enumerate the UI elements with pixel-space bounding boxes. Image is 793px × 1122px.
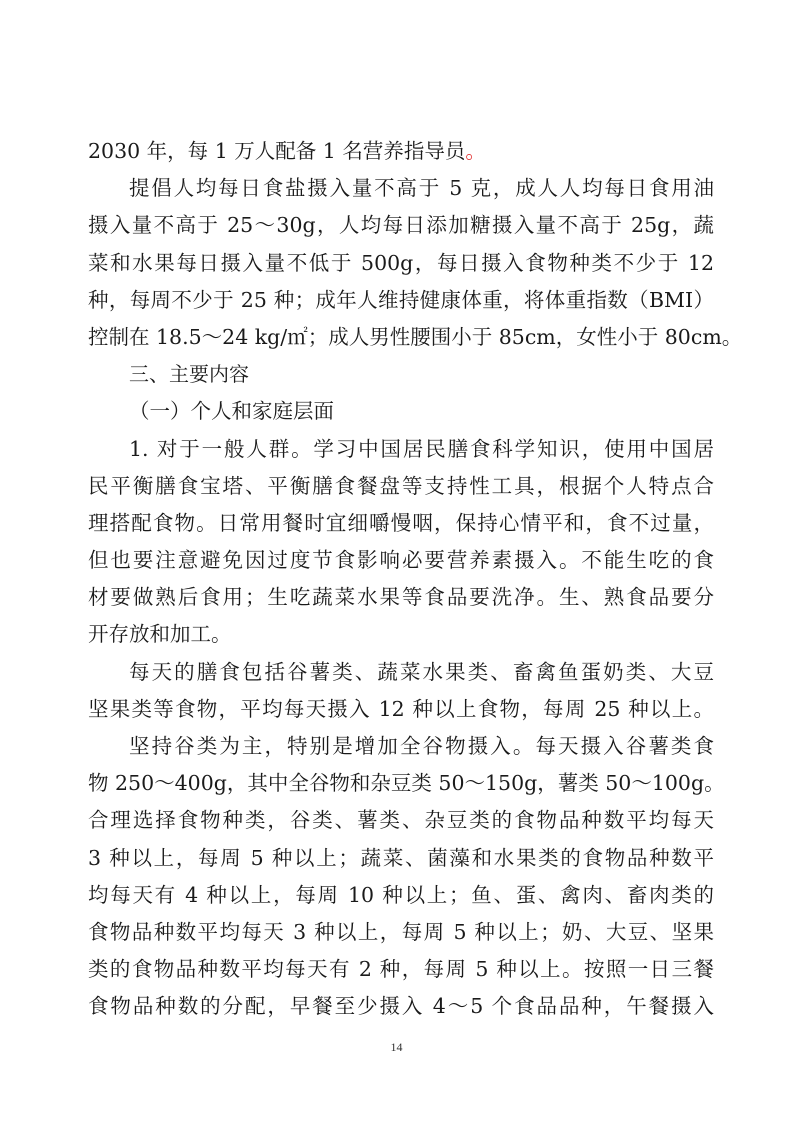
subsection-heading: （一）个人和家庭层面 (88, 393, 714, 430)
text-line: 均每天有 4 种以上，每周 10 种以上；鱼、蛋、禽肉、畜肉类的 (88, 877, 714, 914)
section-heading: 三、主要内容 (88, 356, 714, 393)
text-line: 材要做熟后食用；生吃蔬菜水果等食品要洗净。生、熟食品要分 (88, 579, 714, 616)
text-line: 摄入量不高于 25～30g，人均每日添加糖摄入量不高于 25g，蔬 (88, 207, 714, 244)
text-line: 食物品种数平均每天 3 种以上，每周 5 种以上；奶、大豆、坚果 (88, 914, 714, 951)
text-line: 坚持谷类为主，特别是增加全谷物摄入。每天摄入谷薯类食 (88, 728, 714, 765)
text-line: 每天的膳食包括谷薯类、蔬菜水果类、畜禽鱼蛋奶类、大豆 (88, 654, 714, 691)
text-line: 提倡人均每日食盐摄入量不高于 5 克，成人人均每日食用油 (88, 170, 714, 207)
text-line: 食物品种数的分配，早餐至少摄入 4～5 个食品品种，午餐摄入 (88, 988, 714, 1025)
page-number: 14 (0, 1040, 793, 1055)
text-line: 理搭配食物。日常用餐时宜细嚼慢咽，保持心情平和，食不过量， (88, 505, 714, 542)
text-line: 坚果类等食物，平均每天摄入 12 种以上食物，每周 25 种以上。 (88, 691, 714, 728)
text-line: 种，每周不少于 25 种；成年人维持健康体重，将体重指数（BMI） (88, 282, 714, 319)
document-page: 2030 年，每 1 万人配备 1 名营养指导员。 提倡人均每日食盐摄入量不高于… (0, 0, 793, 1122)
text-line: 1. 对于一般人群。学习中国居民膳食科学知识，使用中国居 (88, 431, 714, 468)
text-line: 但也要注意避免因过度节食影响必要营养素摄入。不能生吃的食 (88, 542, 714, 579)
text-line: 控制在 18.5～24 kg/㎡；成人男性腰围小于 85cm，女性小于 80cm… (88, 319, 714, 356)
text-line: 合理选择食物种类，谷类、薯类、杂豆类的食物品种数平均每天 (88, 802, 714, 839)
document-body: 2030 年，每 1 万人配备 1 名营养指导员。 提倡人均每日食盐摄入量不高于… (88, 133, 714, 1026)
text-line: 类的食物品种数平均每天有 2 种，每周 5 种以上。按照一日三餐 (88, 951, 714, 988)
text-line: 民平衡膳食宝塔、平衡膳食餐盘等支持性工具，根据个人特点合 (88, 468, 714, 505)
text-line: 3 种以上，每周 5 种以上；蔬菜、菌藻和水果类的食物品种数平 (88, 840, 714, 877)
text-line: 菜和水果每日摄入量不低于 500g，每日摄入食物种类不少于 12 (88, 245, 714, 282)
text-line: 2030 年，每 1 万人配备 1 名营养指导员。 (88, 133, 714, 170)
text-line: 物 250～400g，其中全谷物和杂豆类 50～150g，薯类 50～100g。 (88, 765, 714, 802)
red-period: 。 (465, 139, 486, 163)
text-line: 开存放和加工。 (88, 616, 714, 653)
